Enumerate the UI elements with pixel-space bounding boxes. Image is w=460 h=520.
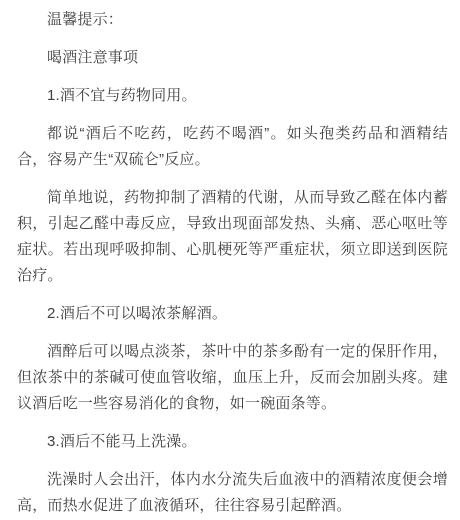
section-1-heading: 1.酒不宜与药物同用。 (17, 83, 448, 109)
section-2-paragraph-1: 酒醉后可以喝点淡茶，茶叶中的茶多酚有一定的保肝作用，但浓茶中的茶碱可使血管收缩，… (17, 339, 448, 417)
section-1-paragraph-2: 简单地说，药物抑制了酒精的代谢，从而导致乙醛在体内蓄积，引起乙醛中毒反应，导致出… (17, 185, 448, 289)
article-title: 喝酒注意事项 (17, 45, 448, 71)
section-3-paragraph-1: 洗澡时人会出汗，体内水分流失后血液中的酒精浓度便会增高，而热水促进了血液循环，往… (17, 467, 448, 519)
section-2-heading: 2.酒后不可以喝浓茶解酒。 (17, 301, 448, 327)
article-body: 温馨提示： 喝酒注意事项 1.酒不宜与药物同用。 都说“酒后不吃药，吃药不喝酒”… (0, 0, 460, 519)
tip-label: 温馨提示： (17, 7, 448, 33)
section-1-paragraph-1: 都说“酒后不吃药，吃药不喝酒”。如头孢类药品和酒精结合，容易产生“双硫仑”反应。 (17, 121, 448, 173)
section-3-heading: 3.酒后不能马上洗澡。 (17, 429, 448, 455)
